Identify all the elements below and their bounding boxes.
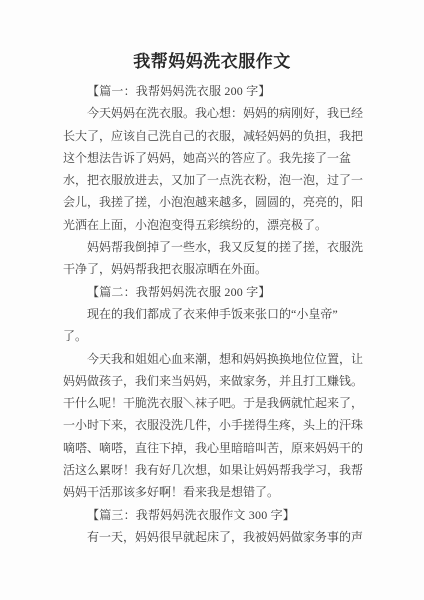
document-page: 我帮妈妈洗衣服作文 【篇一：我帮妈妈洗衣服 200 字】今天妈妈在洗衣服。我心想… (0, 0, 424, 600)
text-line: 会儿，我搓了搓，小泡泡越来越多，圆圆的，亮亮的，阳 (63, 191, 366, 213)
section-heading-1: 【篇一：我帮妈妈洗衣服 200 字】 (63, 80, 366, 102)
text-line: 今天妈妈在洗衣服。我心想：妈妈的病刚好，我已经 (63, 102, 366, 124)
essay-title: 我帮妈妈洗衣服作文 (0, 50, 424, 74)
text-line: 今天我和姐姐心血来潮，想和妈妈换换地位位置，让 (63, 348, 366, 370)
text-line: 嘀嗒、嘀嗒，直往下掉，我心里暗暗叫苦，原来妈妈干的 (63, 437, 366, 459)
text-line: 有一天，妈妈很早就起床了，我被妈妈做家务事的声 (63, 526, 366, 548)
text-line: 现在的我们都成了衣来伸手饭来张口的“小皇帝” (63, 303, 366, 325)
text-line: 长大了，应该自己洗自己的衣服，减轻妈妈的负担，我把 (63, 125, 366, 147)
text-line: 光洒在上面，小泡泡变得五彩缤纷的，漂亮极了。 (63, 214, 366, 236)
section-heading-2: 【篇二：我帮妈妈洗衣服 200 字】 (63, 281, 366, 303)
text-line: 一小时下来，衣服没洗几件，小手搓得生疼，头上的汗珠 (63, 414, 366, 436)
text-line: 妈妈帮我倒掉了一些水，我又反复的搓了搓，衣服洗 (63, 236, 366, 258)
text-line: 水，把衣服放进去，又加了一点洗衣粉，泡一泡，过了一 (63, 169, 366, 191)
essay-content: 【篇一：我帮妈妈洗衣服 200 字】今天妈妈在洗衣服。我心想：妈妈的病刚好，我已… (63, 80, 366, 548)
text-line: 干什么呢！干脆洗衣服＼袜子吧。于是我俩就忙起来了， (63, 392, 366, 414)
text-line: 妈妈做孩子，我们来当妈妈，来做家务，并且打工赚钱。 (63, 370, 366, 392)
text-line: 活这么累呀！我有好几次想，如果让妈妈帮我学习，我帮 (63, 459, 366, 481)
text-line: 干净了，妈妈帮我把衣服凉晒在外面。 (63, 258, 366, 280)
text-line: 妈妈干活那该多好啊！看来我是想错了。 (63, 481, 366, 503)
section-heading-3: 【篇三：我帮妈妈洗衣服作文 300 字】 (63, 504, 366, 526)
text-line: 了。 (63, 325, 366, 347)
text-line: 这个想法告诉了妈妈，她高兴的答应了。我先接了一盆 (63, 147, 366, 169)
